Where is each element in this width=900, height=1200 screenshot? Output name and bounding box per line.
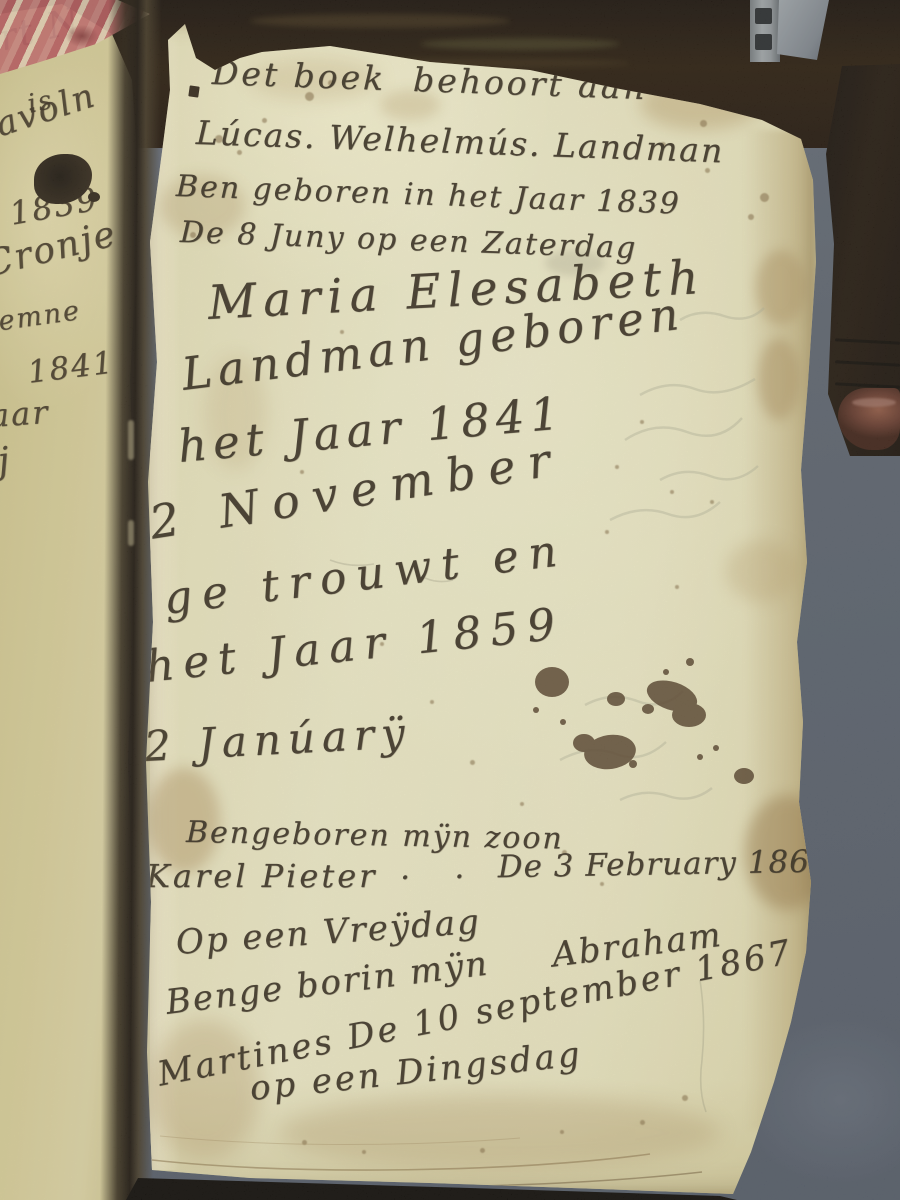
wood-streak bbox=[420, 38, 620, 50]
ink-blot-tail bbox=[88, 192, 100, 202]
handwriting-fragment: aar bbox=[0, 396, 50, 432]
book-foot-highlight bbox=[852, 398, 896, 407]
handwriting-fragment: j bbox=[0, 443, 13, 480]
shelf-upright-strip bbox=[750, 0, 780, 62]
photo-old-book-inscription: rt NisJavoln1839Cronjeiemne1841aarj bbox=[0, 0, 900, 1200]
wood-streak bbox=[250, 14, 510, 28]
handwriting-fragment: 1841 bbox=[26, 348, 116, 389]
page-vignette bbox=[140, 20, 820, 1200]
shelf-slot bbox=[755, 34, 772, 50]
handwriting-fragment: Javoln bbox=[0, 78, 100, 147]
handwriting-fragment: iemne bbox=[0, 297, 83, 337]
shelf-slot bbox=[755, 8, 772, 24]
gutter-highlight bbox=[128, 520, 134, 546]
gutter-highlight bbox=[128, 420, 134, 460]
